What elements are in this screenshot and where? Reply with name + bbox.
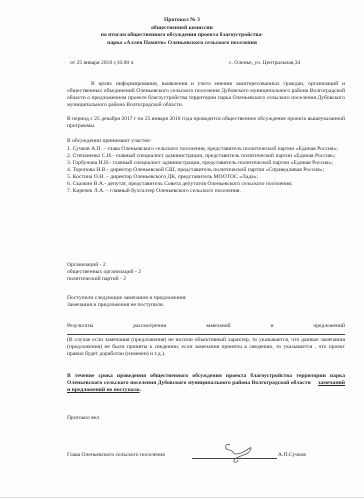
results-word: рассмотрения [133, 323, 166, 329]
conclusion-paragraph: В течение срока проведения общественного… [67, 373, 345, 394]
participant-item: 6. Сказкин В.А.- депутат, представитель … [67, 181, 345, 188]
conclusion-end: . [140, 387, 141, 393]
results-word: и [270, 323, 273, 329]
results-word: замечаний [206, 323, 231, 329]
participant-item: 7. Киречек Л.А. – главный бухгалтер Олен… [67, 188, 345, 195]
participant-item: 1. Сучков А.П. – глава Оленьевского сель… [67, 146, 345, 153]
participant-item: 5. Костина О.Н. – директор Оленьевского … [67, 174, 345, 181]
results-underline [67, 334, 345, 335]
period-paragraph: В период с 25 декабря 2017 г по 25 январ… [67, 116, 345, 130]
received-text: Замечания и предложения не поступили. [67, 302, 345, 309]
document-place: с. Оленье, ул. Центральная,34 [229, 60, 300, 66]
signature-mark-icon [222, 440, 258, 466]
participant-item: 3. Горбунова Н.Н.- главный специалист ад… [67, 160, 345, 167]
intro-paragraph: В целях информирования, выявления и учет… [67, 81, 345, 109]
document-title: Протокол № 3 [0, 17, 364, 24]
page-bottom-edge [0, 497, 364, 498]
count-item: Организаций - 2 [67, 262, 345, 269]
participant-item: 4. Торопова Н.В.- директор Оленьевской С… [67, 167, 345, 174]
participants-heading: В обсуждении принимают участие: [67, 138, 345, 145]
participants-list: 1. Сучков А.П. – глава Оленьевского сель… [67, 146, 345, 195]
conclusion-text: В течение срока проведения общественного… [67, 373, 345, 386]
signature-name: А.П.Сучков [278, 452, 338, 459]
count-item: общественных организаций - 2 [67, 269, 345, 276]
document-subtitle: парка «Аллея Памяти» Оленьевского сельск… [0, 40, 364, 47]
counts-list: Организаций - 2 общественных организаций… [67, 262, 345, 283]
document-subtitle: общественной комиссии [0, 25, 364, 32]
protocol-by: Протокол вел [67, 415, 345, 422]
results-word: предложений [313, 323, 345, 329]
participant-item: 2. Степаненко С.И.- главный специалист а… [67, 153, 345, 160]
document-date: от 25 января 2018 г,16.00 ч [70, 60, 133, 66]
document-subtitle: по итогам общественного обсуждения проек… [0, 32, 364, 39]
received-heading: Поступили следующие замечания и предложе… [67, 295, 345, 302]
results-line: Результаты рассмотрения замечаний и пред… [67, 323, 345, 329]
results-note: (В случае если замечания (предложения) н… [67, 337, 345, 358]
document-page: Протокол № 3 общественной комиссии по ит… [0, 0, 364, 500]
count-item: политический партий - 2 [67, 276, 345, 283]
results-word: Результаты [67, 323, 93, 329]
